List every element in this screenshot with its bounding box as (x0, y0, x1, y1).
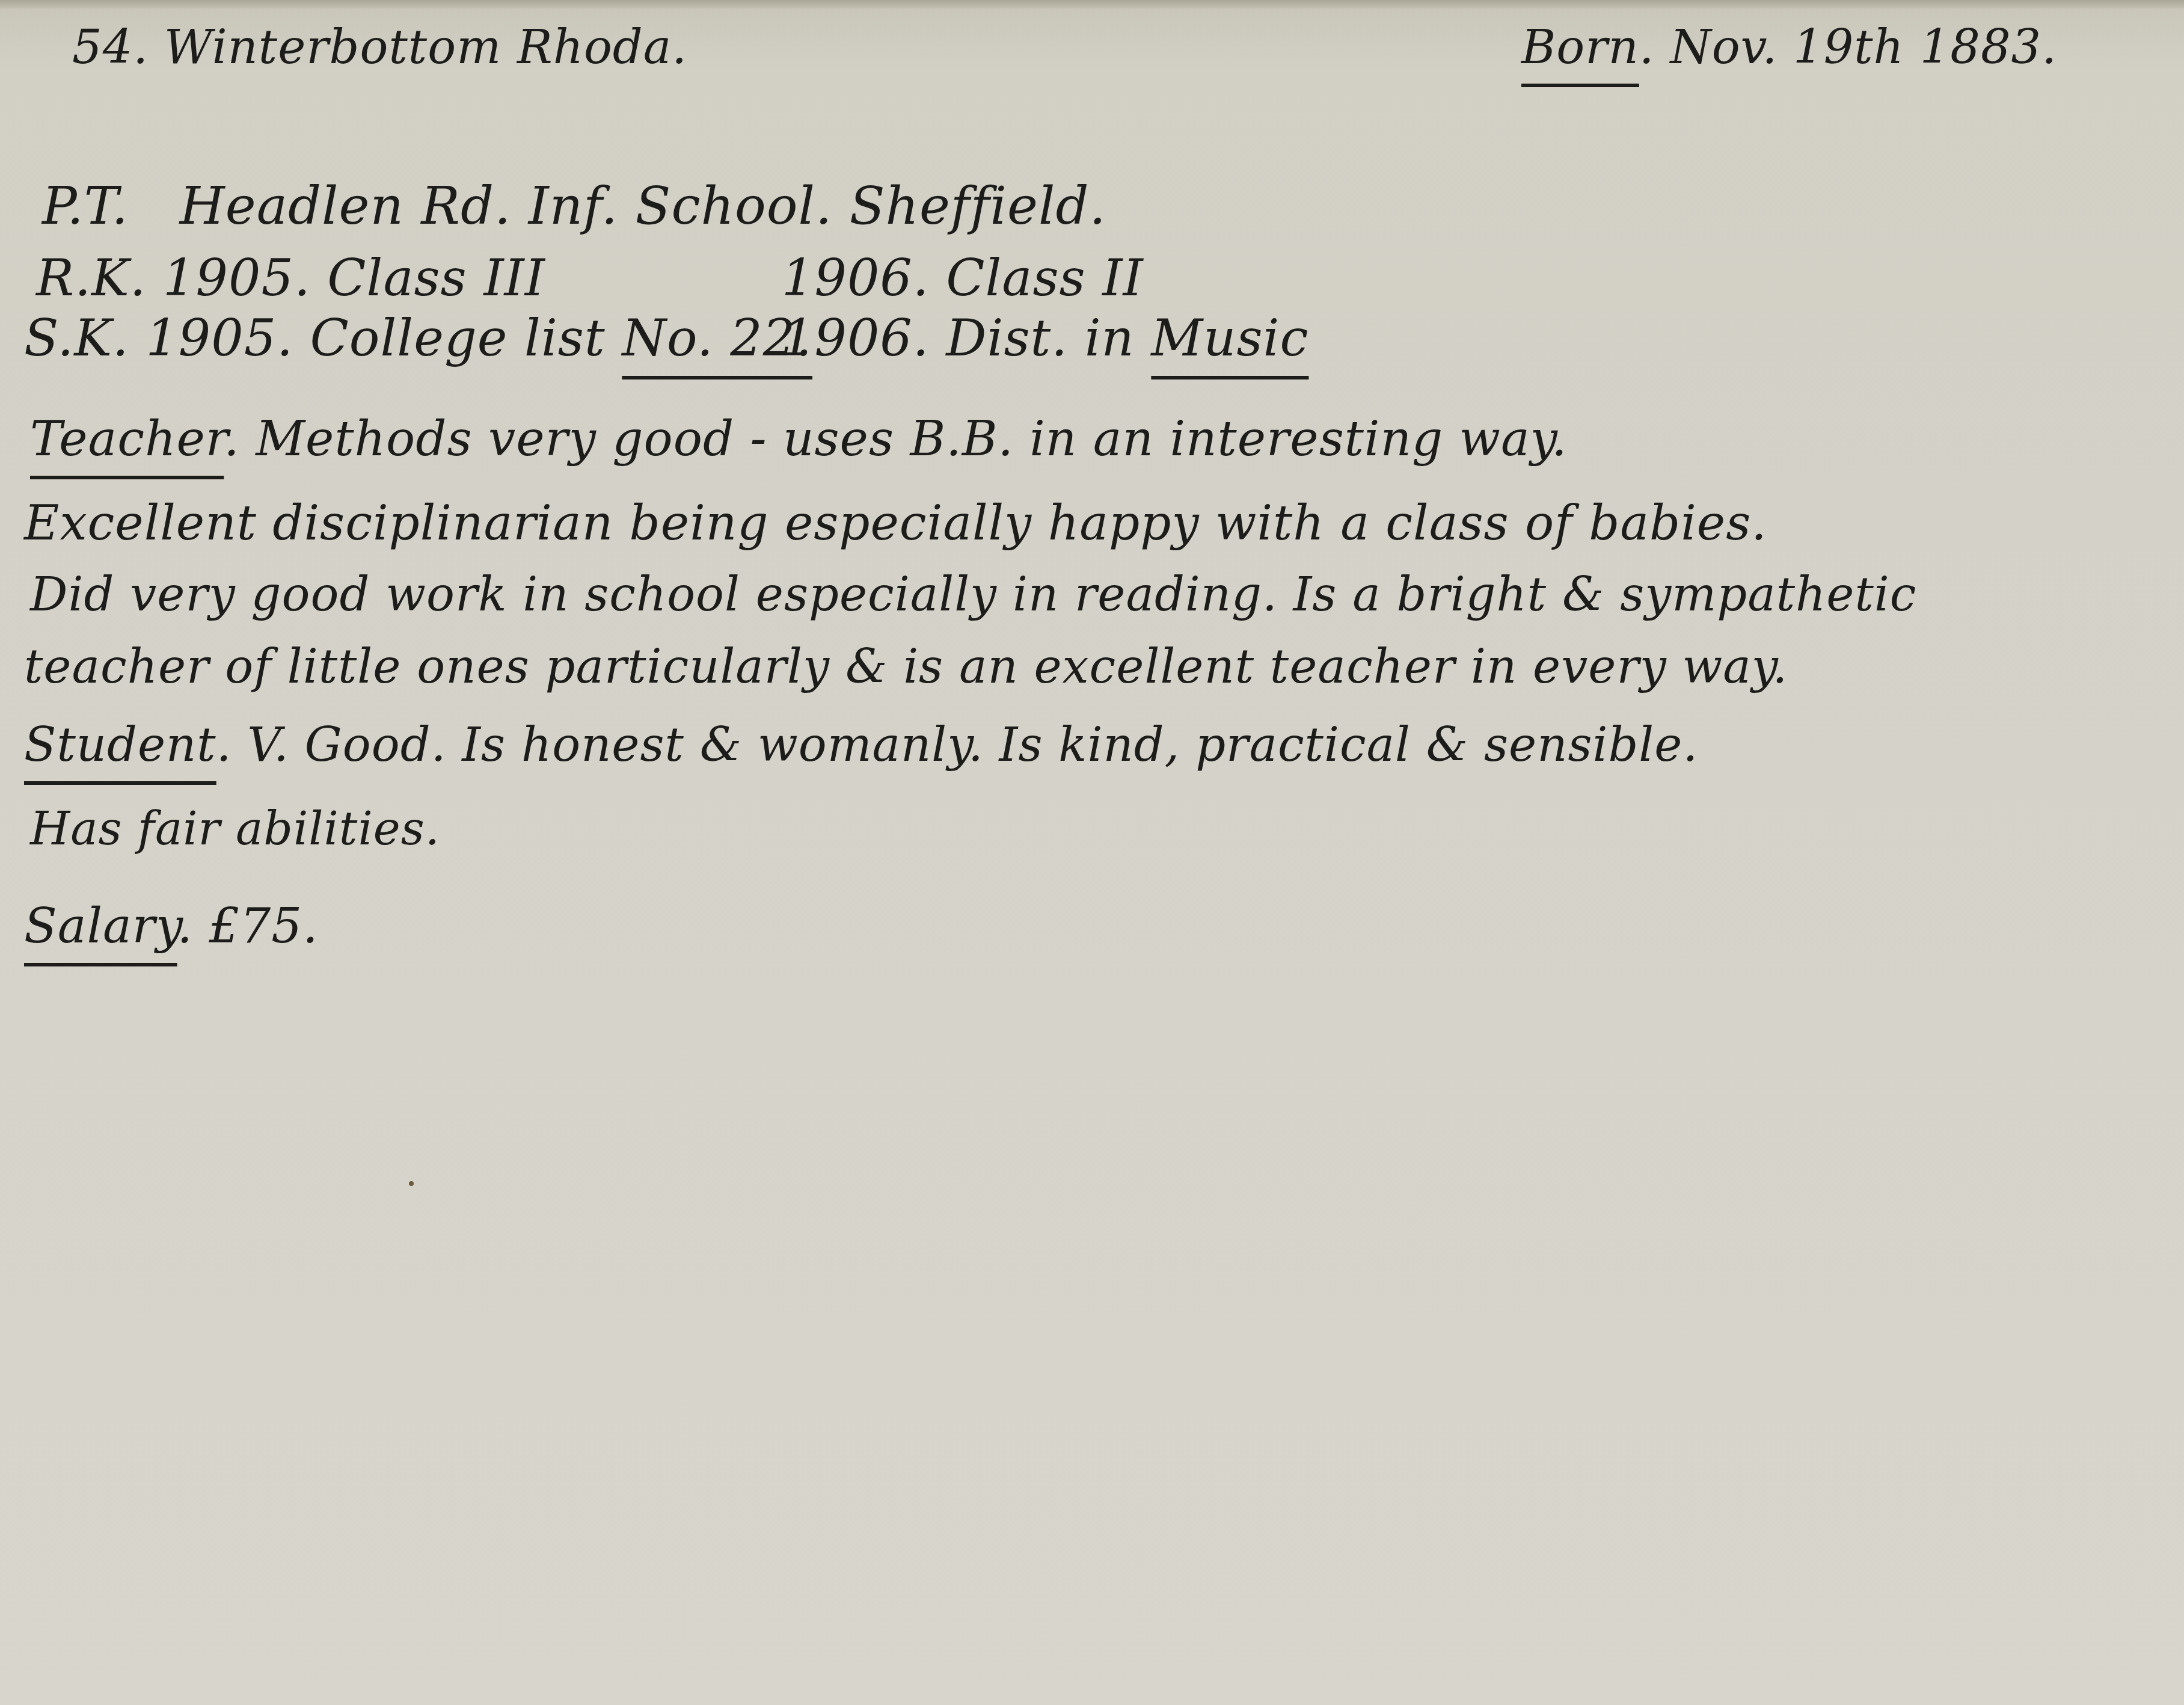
sk-line-right: 1906. Dist. in Music (782, 313, 1308, 363)
rk-label: R.K. (36, 248, 146, 307)
teacher-line-2: Excellent disciplinarian being especiall… (24, 499, 1767, 547)
teacher-line-3: Did very good work in school especially … (30, 571, 1916, 618)
school-value: Headlen Rd. Inf. School. Sheffield. (180, 176, 1106, 236)
born-label: Born (1521, 20, 1639, 75)
rk-1906: 1906. Class II (782, 248, 1144, 307)
sk-1906-prefix: 1906. Dist. in (782, 309, 1135, 367)
teacher-text-3: Did very good work in school especially … (30, 568, 1916, 622)
salary-line: Salary. £75. (24, 902, 319, 950)
salary-value: . £75. (177, 898, 319, 954)
sk-music: Music (1151, 309, 1308, 367)
record-number: 54. (72, 20, 149, 75)
paper-speck (409, 1181, 414, 1186)
record-header-born: Born. Nov. 19th 1883. (1521, 24, 2057, 71)
school-label: P.T. (42, 176, 129, 236)
teacher-text-2: Excellent disciplinarian being especiall… (24, 495, 1767, 551)
salary-label: Salary (24, 898, 177, 954)
student-text-2: Has fair abilities. (30, 802, 440, 855)
teacher-text-4: teacher of little ones particularly & is… (24, 640, 1788, 694)
teacher-text-1: . Methods very good - uses B.B. in an in… (224, 411, 1567, 467)
rk-1905: 1905. Class III (163, 248, 545, 307)
rk-line-left: R.K. 1905. Class III (36, 253, 545, 303)
school-line: P.T. Headlen Rd. Inf. School. Sheffield. (42, 180, 1106, 232)
student-name: Winterbottom Rhoda. (164, 20, 687, 75)
student-label: Student (24, 718, 216, 772)
rk-line-right: 1906. Class II (782, 253, 1144, 303)
student-record-card: 54. Winterbottom Rhoda. Born. Nov. 19th … (0, 0, 2184, 1705)
teacher-line-4: teacher of little ones particularly & is… (24, 644, 1788, 690)
sk-label: S.K. (24, 309, 129, 367)
sk-1905-prefix: 1905. College list (146, 309, 605, 367)
teacher-label: Teacher (30, 411, 224, 467)
teacher-line-1: Teacher. Methods very good - uses B.B. i… (30, 415, 1568, 463)
record-header-name: 54. Winterbottom Rhoda. (72, 24, 687, 71)
sk-line-left: S.K. 1905. College list No. 22. (24, 313, 812, 363)
born-date: . Nov. 19th 1883. (1639, 20, 2057, 75)
student-text-1: . V. Good. Is honest & womanly. Is kind,… (216, 718, 1699, 772)
student-line-2: Has fair abilities. (30, 806, 440, 852)
student-line-1: Student. V. Good. Is honest & womanly. I… (24, 722, 1698, 769)
